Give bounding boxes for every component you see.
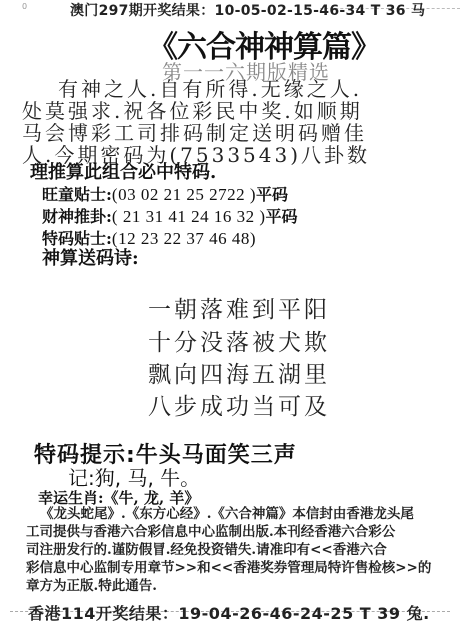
notice-line: 工司提供与香港六合彩信息中心监制出版.本刊经香港六合彩公: [26, 523, 438, 541]
intro-line: 处莫强求.祝各位彩民中奖.如顺期: [22, 100, 442, 122]
poem-title: 神算送码诗:: [42, 244, 139, 270]
tip-row-wangtong: 旺童贴士:(03 02 21 25 2722 )平码: [42, 182, 288, 205]
tip-suffix: 平码: [256, 185, 288, 204]
intro-line: 有神之人.自有所得.无缘之人.: [22, 78, 442, 100]
tip-numbers: (03 02 21 25 2722 ): [112, 185, 256, 204]
macau-result: 澳门297期开奖结果：10-05-02-15-46-34 T 36 马: [70, 0, 425, 20]
tip-suffix: 平码: [266, 207, 298, 226]
intro-reason: 理推算此组合必中特码.: [30, 158, 216, 184]
tip-numbers: ( 21 31 41 24 16 32 ): [112, 207, 266, 226]
notice-line: 《龙头蛇尾》.《东方心经》.《六合神篇》本信封由香港龙头尾: [26, 505, 438, 523]
notice-line: 司注册发行的.谨防假冒.经免投资错失.请准印有<<香港六合: [26, 541, 438, 559]
poem-line: 八步成功当可及: [148, 388, 330, 421]
notice-line: 彩信息中心监制专用章节>>和<<香港奖券管理局特许售检核>>的: [26, 559, 438, 577]
poem-line: 飘向四海五湖里: [148, 356, 330, 389]
tip-label: 财神推卦:: [42, 207, 112, 226]
tip-row-caishen: 财神推卦:( 21 31 41 24 16 32 )平码: [42, 204, 298, 227]
intro-paragraph: 有神之人.自有所得.无缘之人. 处莫强求.祝各位彩民中奖.如顺期 马会博彩工司排…: [22, 78, 442, 166]
notice-paragraph: 《龙头蛇尾》.《东方心经》.《六合神篇》本信封由香港龙头尾 工司提供与香港六合彩…: [26, 505, 438, 595]
intro-line: 马会博彩工司排码制定送明码赠佳: [22, 122, 442, 144]
page-marker: 0: [22, 2, 27, 11]
poem-line: 一朝落难到平阳: [148, 291, 330, 324]
tip-label: 旺童贴士:: [42, 185, 112, 204]
poem-line: 十分没落被犬欺: [148, 324, 330, 357]
hk-result: 香港114开奖结果：19-04-26-46-24-25 T 39 兔.: [28, 601, 430, 622]
notice-line: 章方为正版.特此通告.: [26, 577, 438, 595]
